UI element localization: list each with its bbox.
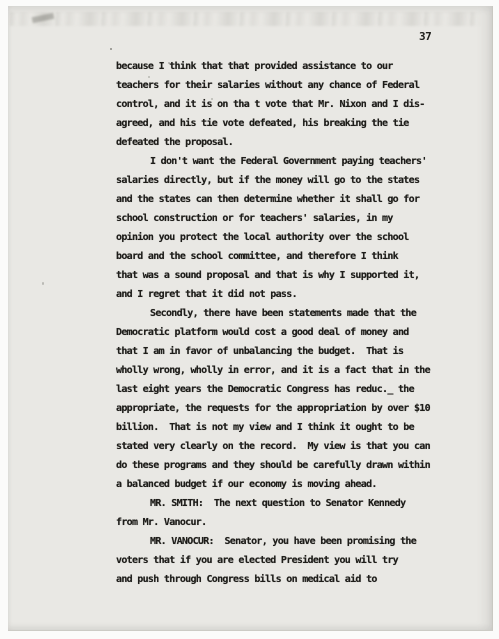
document-line: teachers for their salaries without any … [116,76,461,95]
document-line: from Mr. Vanocur. [116,513,461,532]
document-line: that I am in favor of unbalancing the bu… [116,342,461,361]
page-number: 37 [419,30,431,43]
document-line: Secondly, there have been statements mad… [116,304,461,323]
document-line: wholly wrong, wholly in error, and it is… [116,361,461,380]
document-lines: because I think that that provided assis… [116,57,461,589]
document-line: billion. That is not my view and I think… [116,418,461,437]
document-line: because I think that that provided assis… [116,57,461,76]
document-line: do these programs and they should be car… [116,456,461,475]
document-line: defeated the proposal. [116,133,461,152]
scan-noise-band [10,12,480,26]
document-line: last eight years the Democratic Congress… [116,380,461,399]
document-line: MR. SMITH: The next question to Senator … [116,494,461,513]
document-line: and push through Congress bills on medic… [116,570,461,589]
document-line: school construction or for teachers' sal… [116,209,461,228]
scan-speck [110,48,112,50]
document-line: voters that if you are elected President… [116,551,461,570]
document-line: salaries directly, but if the money will… [116,171,461,190]
scan-speck [42,282,44,285]
document-line: stated very clearly on the record. My vi… [116,437,461,456]
document-line: that was a sound proposal and that is wh… [116,266,461,285]
scanned-page: 37 because I think that that provided as… [8,6,493,631]
document-line: appropriate, the requests for the approp… [116,399,461,418]
document-line: I don't want the Federal Government payi… [116,152,461,171]
document-line: and the states can then determine whethe… [116,190,461,209]
document-line: board and the school committee, and ther… [116,247,461,266]
document-line: opinion you protect the local authority … [116,228,461,247]
document-line: agreed, and his tie vote defeated, his b… [116,114,461,133]
document-line: Democratic platform would cost a good de… [116,323,461,342]
document-line: a balanced budget if our economy is movi… [116,475,461,494]
document-line: and I regret that it did not pass. [116,285,461,304]
document-line: control, and it is on tha t vote that Mr… [116,95,461,114]
document-line: MR. VANOCUR: Senator, you have been prom… [116,532,461,551]
